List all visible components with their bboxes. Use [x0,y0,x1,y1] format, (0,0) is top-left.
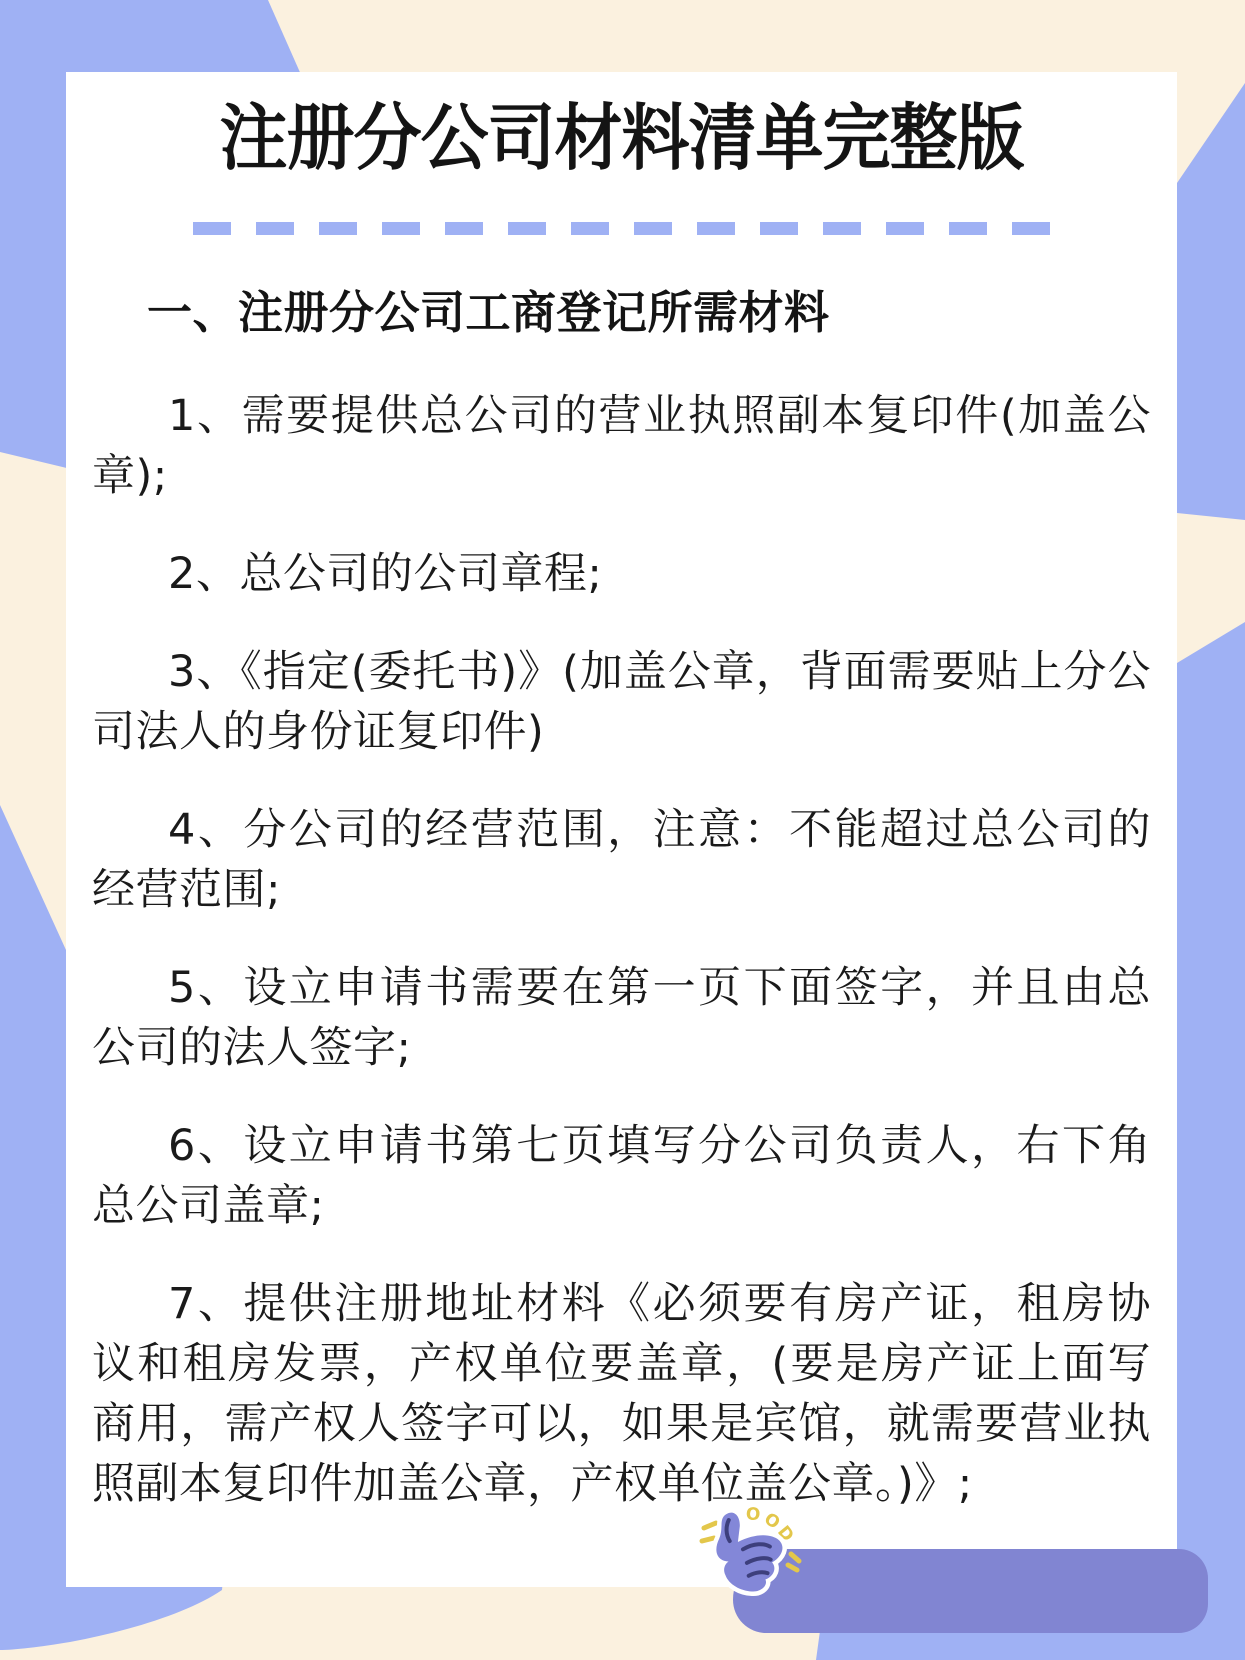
list-item-3: 3、《指定(委托书)》(加盖公章，背面需要贴上分公司法人的身份证复印件) [92,642,1151,762]
page-title: 注册分公司材料清单完整版 [92,96,1151,181]
content-card: 注册分公司材料清单完整版 一、注册分公司工商登记所需材料 1、需要提供总公司的营… [66,72,1177,1587]
list-item-4: 4、分公司的经营范围，注意：不能超过总公司的经营范围; [92,800,1151,920]
poster-page: 注册分公司材料清单完整版 一、注册分公司工商登记所需材料 1、需要提供总公司的营… [0,0,1245,1660]
material-list: 1、需要提供总公司的营业执照副本复印件(加盖公章); 2、总公司的公司章程; 3… [92,386,1151,1514]
list-item-5: 5、设立申请书需要在第一页下面签字，并且由总公司的法人签字; [92,958,1151,1078]
decor-top-right-shape [1177,83,1245,520]
list-item-2: 2、总公司的公司章程; [92,544,1151,604]
list-item-1: 1、需要提供总公司的营业执照副本复印件(加盖公章); [92,386,1151,506]
dashed-divider [193,222,1050,235]
thumbs-up-icon: GOOD [698,1494,816,1612]
section-heading: 一、注册分公司工商登记所需材料 [147,289,1151,337]
list-item-7: 7、提供注册地址材料《必须要有房产证，租房协议和租房发票，产权单位要盖章，(要是… [92,1274,1151,1514]
list-item-6: 6、设立申请书第七页填写分公司负责人，右下角总公司盖章; [92,1116,1151,1236]
